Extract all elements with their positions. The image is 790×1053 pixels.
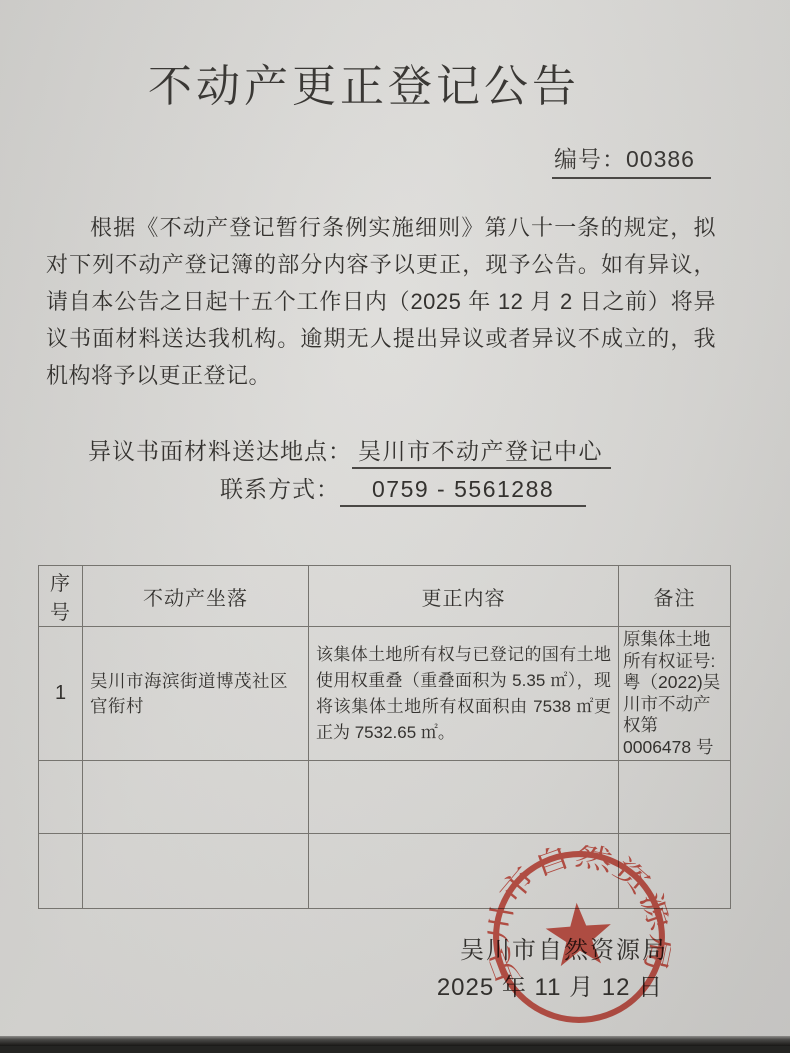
contact-label: 联系方式： xyxy=(220,476,340,502)
delivery-label: 异议书面材料送达地点： xyxy=(88,438,352,464)
table-header-row: 序号 不动产坐落 更正内容 备注 xyxy=(39,566,731,627)
document-photo: 不动产更正登记公告 编号：00386 根据《不动产登记暂行条例实施细则》第八十一… xyxy=(0,0,790,1053)
table-row-empty xyxy=(39,761,731,834)
cell-remark: 原集体土地所有权证号:粤（2022)吴川市不动产权第0006478 号 xyxy=(619,627,731,761)
contact-value: 0759 - 5561288 xyxy=(340,476,586,507)
cell-location xyxy=(83,834,309,909)
delivery-address-line: 异议书面材料送达地点：吴川市不动产登记中心 xyxy=(88,433,611,466)
doc-number: 编号：00386 xyxy=(552,141,711,179)
announcement-paper: 不动产更正登记公告 编号：00386 根据《不动产登记暂行条例实施细则》第八十一… xyxy=(0,0,790,1046)
doc-number-value: 00386 xyxy=(626,146,695,172)
contact-line: 联系方式：0759 - 5561288 xyxy=(220,471,586,504)
official-seal-stamp: 吴川市自然资源局 xyxy=(482,840,676,1034)
header-location: 不动产坐落 xyxy=(83,566,309,627)
page-title: 不动产更正登记公告 xyxy=(0,50,728,114)
cell-seq xyxy=(39,761,83,834)
cell-seq xyxy=(39,834,83,909)
stamp-star-icon xyxy=(544,900,613,967)
header-correction: 更正内容 xyxy=(309,566,619,627)
cell-location: 吴川市海滨街道博茂社区官衔村 xyxy=(83,627,309,761)
header-seq: 序号 xyxy=(39,566,83,627)
table-row: 1 吴川市海滨街道博茂社区官衔村 该集体土地所有权与已登记的国有土地使用权重叠（… xyxy=(39,627,731,761)
header-remark: 备注 xyxy=(619,566,731,627)
delivery-value: 吴川市不动产登记中心 xyxy=(352,438,611,469)
doc-number-label: 编号： xyxy=(554,146,626,172)
cell-location xyxy=(83,761,309,834)
cell-correction: 该集体土地所有权与已登记的国有土地使用权重叠（重叠面积为 5.35 ㎡），现将该… xyxy=(309,627,619,761)
photo-bottom-edge xyxy=(0,1036,790,1046)
cell-correction xyxy=(309,761,619,834)
cell-remark xyxy=(619,761,731,834)
body-paragraph: 根据《不动产登记暂行条例实施细则》第八十一条的规定，拟对下列不动产登记簿的部分内… xyxy=(46,209,716,394)
cell-seq: 1 xyxy=(39,627,83,761)
